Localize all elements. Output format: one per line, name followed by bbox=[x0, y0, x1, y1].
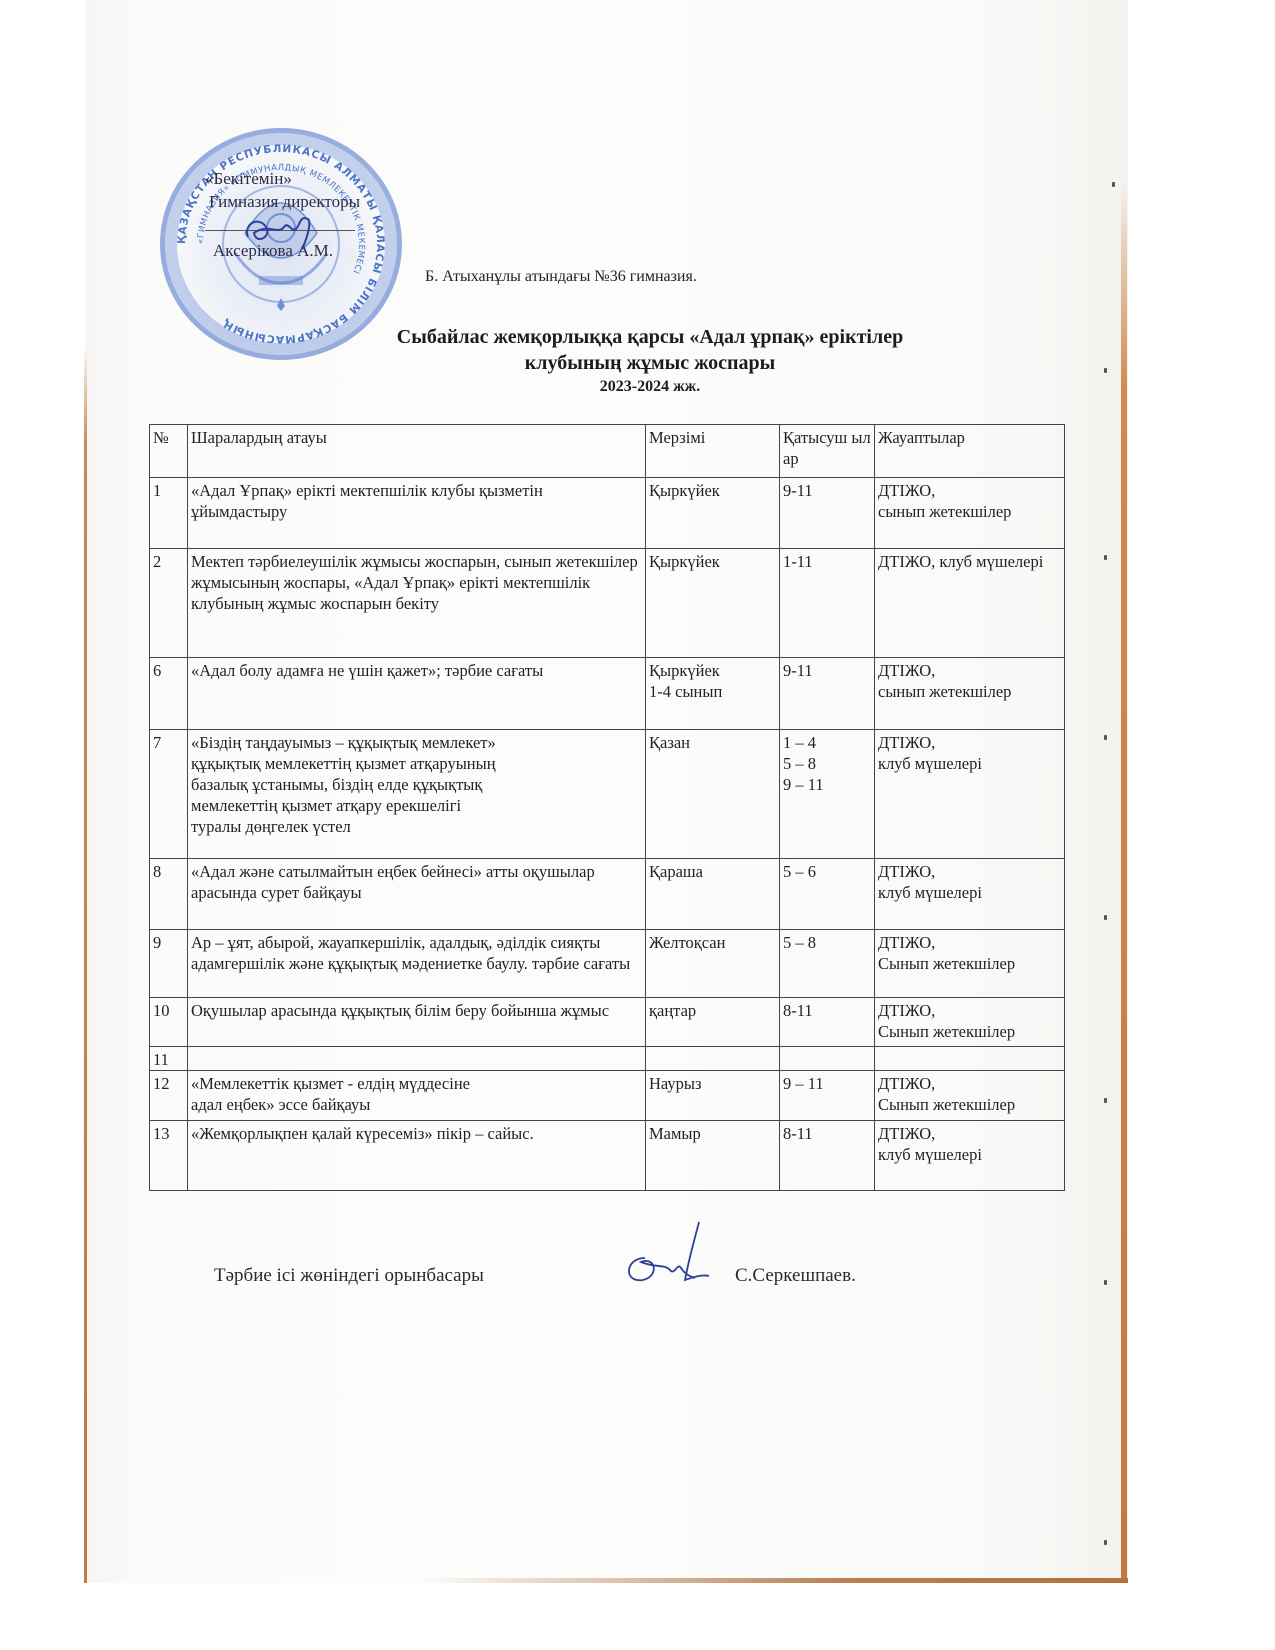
cell-participants: 5 – 8 bbox=[780, 930, 875, 998]
table-row: 11 bbox=[150, 1047, 1065, 1071]
cell-responsible: ДТІЖО, клуб мүшелері bbox=[875, 549, 1065, 658]
cell-event: «Адал Ұрпақ» ерікті мектепшілік клубы қы… bbox=[188, 478, 646, 549]
cell-term: Қыркүйек 1-4 сынып bbox=[646, 658, 780, 730]
cell-term: Желтоқсан bbox=[646, 930, 780, 998]
cell-participants bbox=[780, 1047, 875, 1071]
cell-responsible: ДТІЖО, клуб мүшелері bbox=[875, 859, 1065, 930]
cell-responsible: ДТІЖО, сынып жетекшілер bbox=[875, 658, 1065, 730]
cell-event: «Адал және сатылмайтын еңбек бейнесі» ат… bbox=[188, 859, 646, 930]
table-row: 12«Мемлекеттік қызмет - елдің мүддесіне … bbox=[150, 1071, 1065, 1121]
school-name: Б. Атыханұлы атындағы №36 гимназия. bbox=[425, 268, 697, 286]
cell-number: 12 bbox=[150, 1071, 188, 1121]
cell-participants: 8-11 bbox=[780, 998, 875, 1047]
cell-number: 6 bbox=[150, 658, 188, 730]
cell-number: 10 bbox=[150, 998, 188, 1047]
scan-speck bbox=[1104, 1280, 1107, 1285]
cell-participants: 5 – 6 bbox=[780, 859, 875, 930]
cell-term: Қараша bbox=[646, 859, 780, 930]
column-header-participants: Қатысуш ылар bbox=[780, 425, 875, 478]
document-title: Сыбайлас жемқорлыққа қарсы «Адал ұрпақ» … bbox=[300, 326, 1000, 349]
academic-year: 2023-2024 жж. bbox=[300, 378, 1000, 396]
table-row: 1«Адал Ұрпақ» ерікті мектепшілік клубы қ… bbox=[150, 478, 1065, 549]
cell-participants: 9-11 bbox=[780, 478, 875, 549]
director-signature-icon bbox=[238, 205, 328, 255]
cell-number: 11 bbox=[150, 1047, 188, 1071]
table-row: 13«Жемқорлықпен қалай күресеміз» пікір –… bbox=[150, 1121, 1065, 1191]
cell-responsible: ДТІЖО, клуб мүшелері bbox=[875, 1121, 1065, 1191]
table-row: 9Ар – ұят, абырой, жауапкершілік, адалды… bbox=[150, 930, 1065, 998]
scan-speck bbox=[1104, 1098, 1107, 1103]
paper-edge-right bbox=[1121, 180, 1127, 1580]
cell-event: Мектеп тәрбиелеушілік жұмысы жоспарын, с… bbox=[188, 549, 646, 658]
cell-number: 9 bbox=[150, 930, 188, 998]
cell-responsible: ДТІЖО, Сынып жетекшілер bbox=[875, 998, 1065, 1047]
scan-speck bbox=[1104, 368, 1107, 373]
cell-responsible: ДТІЖО, Сынып жетекшілер bbox=[875, 1071, 1065, 1121]
cell-term: қаңтар bbox=[646, 998, 780, 1047]
cell-event bbox=[188, 1047, 646, 1071]
cell-event: «Біздің таңдауымыз – құқықтық мемлекет» … bbox=[188, 730, 646, 859]
scan-speck bbox=[1104, 915, 1107, 920]
cell-number: 1 bbox=[150, 478, 188, 549]
cell-number: 13 bbox=[150, 1121, 188, 1191]
work-plan-table: № Шаралардың атауы Мерзімі Қатысуш ылар … bbox=[149, 424, 1065, 1191]
cell-number: 2 bbox=[150, 549, 188, 658]
approved-label: «Бекітемін» bbox=[205, 168, 292, 190]
cell-participants: 1 – 4 5 – 8 9 – 11 bbox=[780, 730, 875, 859]
cell-event: «Мемлекеттік қызмет - елдің мүддесіне ад… bbox=[188, 1071, 646, 1121]
table-row: 8«Адал және сатылмайтын еңбек бейнесі» а… bbox=[150, 859, 1065, 930]
table-row: 10Оқушылар арасында құқықтық білім беру … bbox=[150, 998, 1065, 1047]
table-row: 7«Біздің таңдауымыз – құқықтық мемлекет»… bbox=[150, 730, 1065, 859]
table-row: 2Мектеп тәрбиелеушілік жұмысы жоспарын, … bbox=[150, 549, 1065, 658]
cell-participants: 9 – 11 bbox=[780, 1071, 875, 1121]
scan-speck bbox=[1104, 555, 1107, 560]
cell-participants: 8-11 bbox=[780, 1121, 875, 1191]
cell-term bbox=[646, 1047, 780, 1071]
paper-edge-bottom bbox=[420, 1578, 1128, 1583]
cell-term: Қыркүйек bbox=[646, 549, 780, 658]
column-header-event: Шаралардың атауы bbox=[188, 425, 646, 478]
column-header-term: Мерзімі bbox=[646, 425, 780, 478]
column-header-number: № bbox=[150, 425, 188, 478]
cell-event: Оқушылар арасында құқықтық білім беру бо… bbox=[188, 998, 646, 1047]
document-subtitle: клубының жұмыс жоспары bbox=[300, 352, 1000, 375]
scan-speck bbox=[1104, 735, 1107, 740]
scan-speck bbox=[1104, 1540, 1107, 1545]
cell-participants: 9-11 bbox=[780, 658, 875, 730]
cell-event: Ар – ұят, абырой, жауапкершілік, адалдық… bbox=[188, 930, 646, 998]
cell-responsible: ДТІЖО, сынып жетекшілер bbox=[875, 478, 1065, 549]
table-header-row: № Шаралардың атауы Мерзімі Қатысуш ылар … bbox=[150, 425, 1065, 478]
cell-term: Қыркүйек bbox=[646, 478, 780, 549]
cell-responsible: ДТІЖО, клуб мүшелері bbox=[875, 730, 1065, 859]
cell-number: 7 bbox=[150, 730, 188, 859]
cell-term: Қазан bbox=[646, 730, 780, 859]
cell-participants: 1-11 bbox=[780, 549, 875, 658]
scan-speck bbox=[1112, 182, 1115, 187]
cell-event: «Адал болу адамға не үшін қажет»; тәрбие… bbox=[188, 658, 646, 730]
cell-responsible: ДТІЖО, Сынып жетекшілер bbox=[875, 930, 1065, 998]
cell-event: «Жемқорлықпен қалай күресеміз» пікір – с… bbox=[188, 1121, 646, 1191]
column-header-responsible: Жауаптылар bbox=[875, 425, 1065, 478]
table-row: 6«Адал болу адамға не үшін қажет»; тәрби… bbox=[150, 658, 1065, 730]
paper-edge-left bbox=[84, 345, 87, 1583]
deputy-role: Тәрбие ісі жөніндегі орынбасары bbox=[214, 1265, 484, 1287]
deputy-name: С.Серкешпаев. bbox=[735, 1265, 856, 1287]
cell-number: 8 bbox=[150, 859, 188, 930]
cell-term: Наурыз bbox=[646, 1071, 780, 1121]
cell-responsible bbox=[875, 1047, 1065, 1071]
deputy-signature-icon bbox=[615, 1218, 715, 1293]
cell-term: Мамыр bbox=[646, 1121, 780, 1191]
